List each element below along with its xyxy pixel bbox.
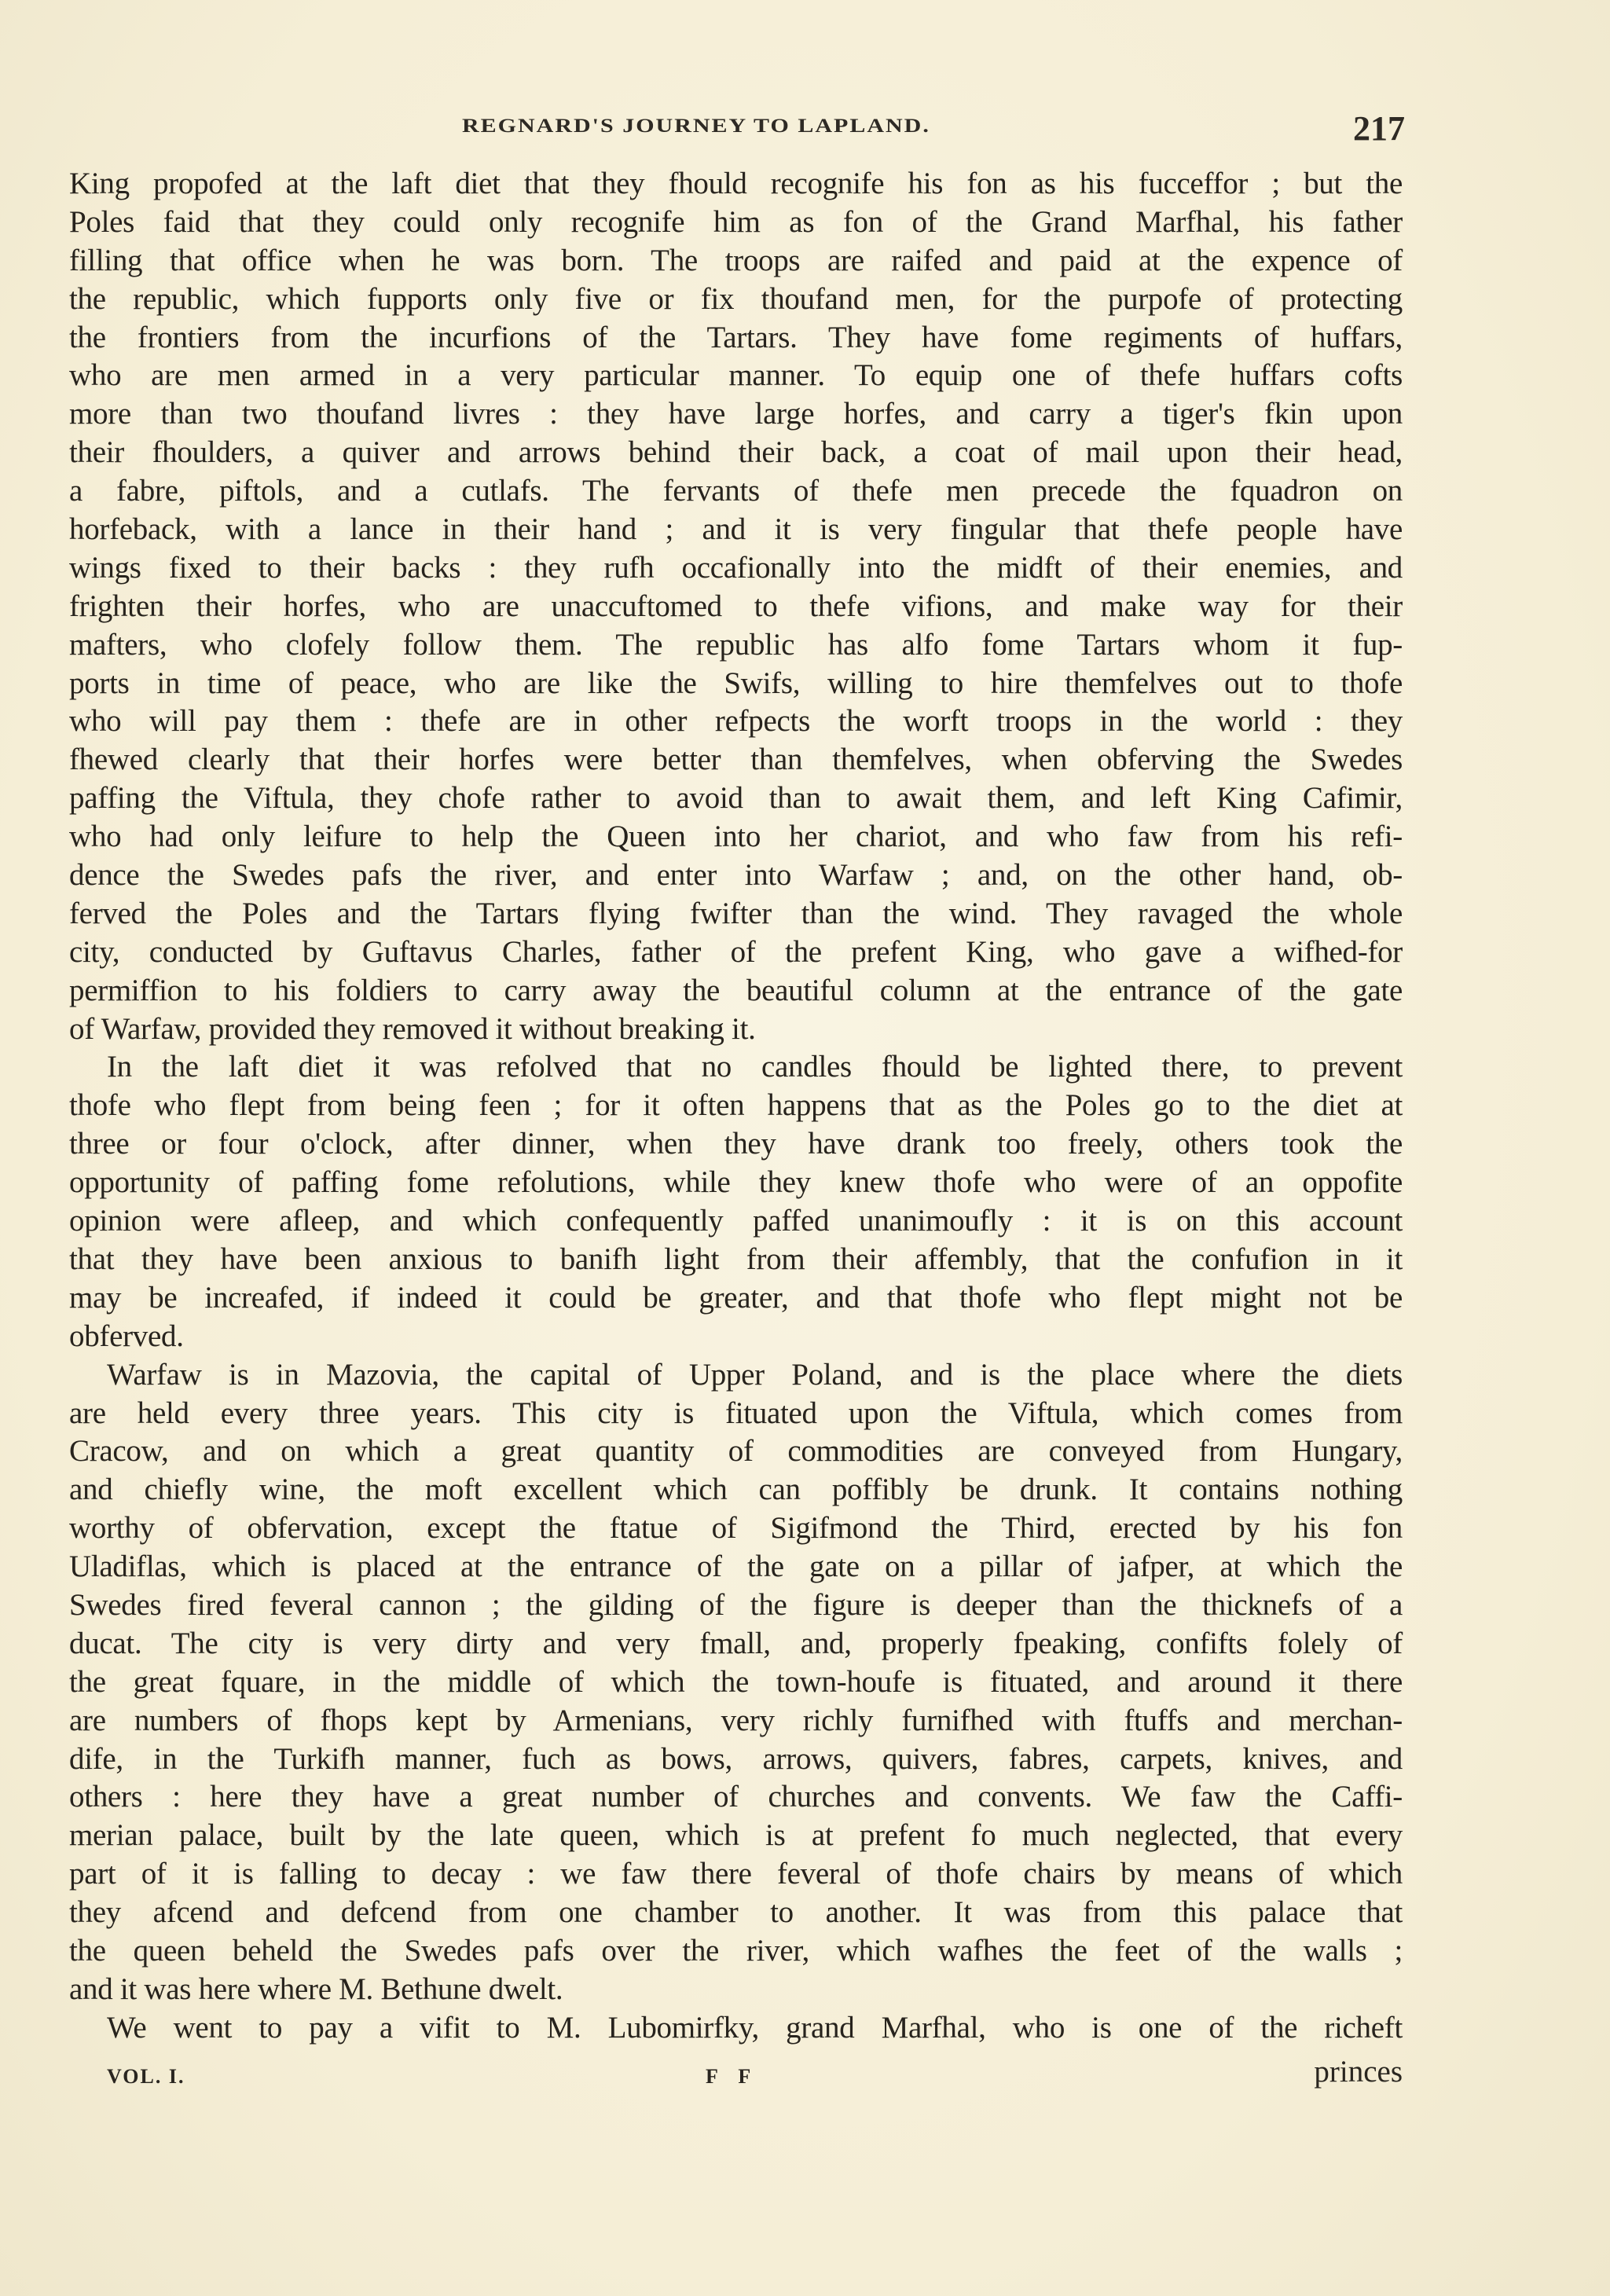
text-line: horfeback, with a lance in their hand ; …	[69, 511, 1403, 549]
text-line: others : here they have a great number o…	[69, 1778, 1403, 1817]
volume-label: Vol. I.	[107, 2065, 185, 2089]
text-line: ferved the Poles and the Tartars flying …	[69, 895, 1403, 933]
text-line: and it was here where M. Bethune dwelt.	[69, 1971, 1403, 2009]
text-line: city, conducted by Guftavus Charles, fat…	[69, 933, 1403, 972]
text-line: they afcend and defcend from one chamber…	[69, 1894, 1403, 1932]
text-line: that they have been anxious to banifh li…	[69, 1241, 1403, 1279]
text-line: merian palace, built by the late queen, …	[69, 1817, 1403, 1855]
text-line: Cracow, and on which a great quantity of…	[69, 1432, 1403, 1471]
running-head: Regnard's Journey to Lapland. 217	[69, 108, 1405, 148]
text-line: opinion were afleep, and which confequen…	[69, 1202, 1403, 1241]
body-text: King propofed at the laft diet that they…	[69, 165, 1403, 2048]
text-line: thofe who flept from being feen ; for it…	[69, 1087, 1403, 1125]
text-line: their fhoulders, a quiver and arrows beh…	[69, 434, 1403, 472]
paragraph: We went to pay a vifit to M. Lubomirfky,…	[69, 2009, 1403, 2048]
text-line: paffing the Viftula, they chofe rather t…	[69, 779, 1403, 818]
text-line: the great fquare, in the middle of which…	[69, 1663, 1403, 1702]
text-line: three or four o'clock, after dinner, whe…	[69, 1125, 1403, 1164]
page-number: 217	[1353, 108, 1405, 149]
paragraph: In the laft diet it was refolved that no…	[69, 1048, 1403, 1355]
text-line: King propofed at the laft diet that they…	[69, 165, 1403, 204]
page-footer: Vol. I. F F princes	[69, 2049, 1403, 2096]
catchword: princes	[1314, 2054, 1403, 2089]
text-line: more than two thoufand livres : they hav…	[69, 395, 1403, 434]
text-line: who are men armed in a very particular m…	[69, 357, 1403, 395]
text-line: dife, in the Turkifh manner, fuch as bow…	[69, 1740, 1403, 1779]
running-title: Regnard's Journey to Lapland.	[462, 115, 930, 138]
text-line: Swedes fired feveral cannon ; the gildin…	[69, 1586, 1403, 1625]
text-line: opportunity of paffing fome refolutions,…	[69, 1164, 1403, 1202]
text-line: of Warfaw, provided they removed it with…	[69, 1010, 1403, 1049]
text-line: ports in time of peace, who are like the…	[69, 665, 1403, 703]
paragraph: Warfaw is in Mazovia, the capital of Upp…	[69, 1356, 1403, 2009]
text-line: the frontiers from the incurfions of the…	[69, 319, 1403, 358]
text-line: dence the Swedes pafs the river, and ent…	[69, 856, 1403, 895]
text-line: In the laft diet it was refolved that no…	[69, 1048, 1403, 1087]
text-line: who will pay them : thefe are in other r…	[69, 702, 1403, 741]
text-line: are numbers of fhops kept by Armenians, …	[69, 1702, 1403, 1740]
text-line: part of it is falling to decay : we faw …	[69, 1855, 1403, 1894]
text-line: the republic, which fupports only five o…	[69, 281, 1403, 319]
paragraph: King propofed at the laft diet that they…	[69, 165, 1403, 1048]
text-line: are held every three years. This city is…	[69, 1395, 1403, 1433]
text-line: Uladiflas, which is placed at the entran…	[69, 1548, 1403, 1586]
text-line: We went to pay a vifit to M. Lubomirfky,…	[69, 2009, 1403, 2048]
text-line: a fabre, piftols, and a cutlafs. The fer…	[69, 472, 1403, 511]
text-line: worthy of obfervation, except the ftatue…	[69, 1509, 1403, 1548]
text-line: permiffion to his foldiers to carry away…	[69, 972, 1403, 1010]
book-page: Regnard's Journey to Lapland. 217 King p…	[0, 0, 1610, 2296]
text-line: may be increafed, if indeed it could be …	[69, 1279, 1403, 1318]
text-line: and chiefly wine, the moft excellent whi…	[69, 1471, 1403, 1509]
text-line: who had only leifure to help the Queen i…	[69, 818, 1403, 856]
text-line: ducat. The city is very dirty and very f…	[69, 1625, 1403, 1663]
text-line: obferved.	[69, 1318, 1403, 1356]
signature-mark: F F	[706, 2065, 758, 2089]
text-line: filling that office when he was born. Th…	[69, 242, 1403, 281]
text-line: fhewed clearly that their horfes were be…	[69, 741, 1403, 779]
text-line: Poles faid that they could only recognif…	[69, 204, 1403, 242]
text-line: wings fixed to their backs : they rufh o…	[69, 549, 1403, 588]
text-line: frighten their horfes, who are unaccufto…	[69, 588, 1403, 626]
text-line: mafters, who clofely follow them. The re…	[69, 626, 1403, 665]
text-line: Warfaw is in Mazovia, the capital of Upp…	[69, 1356, 1403, 1395]
text-line: the queen beheld the Swedes pafs over th…	[69, 1932, 1403, 1971]
